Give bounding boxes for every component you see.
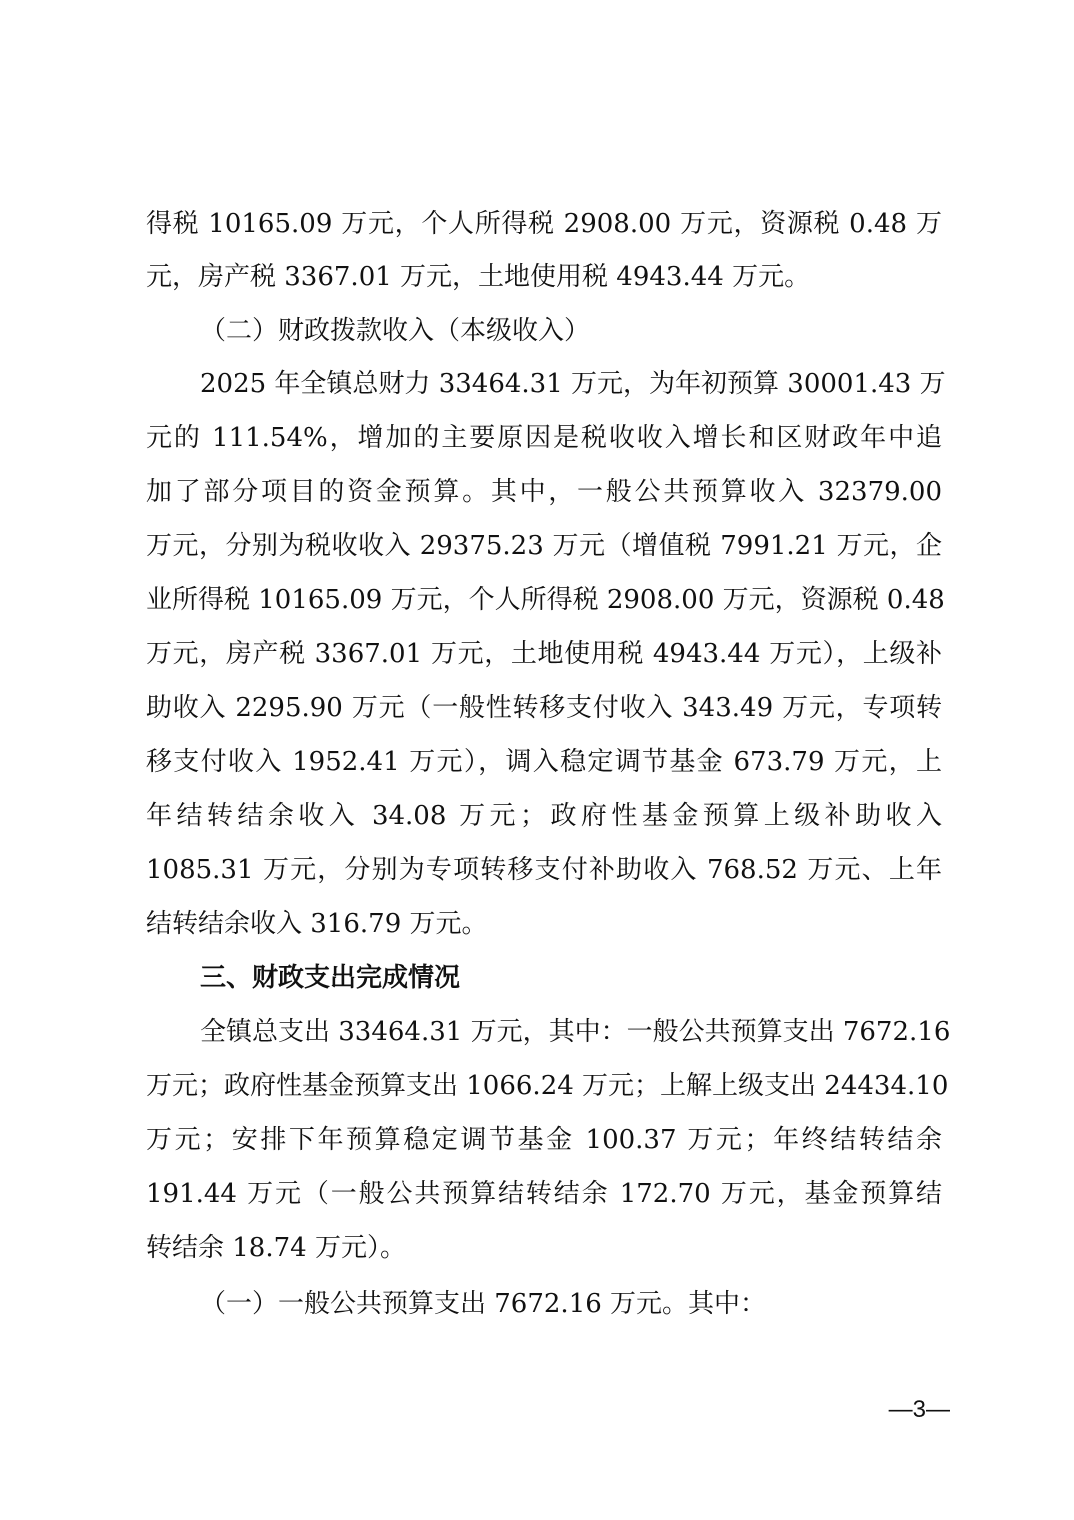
section-subheading: （二）财政拨款收入（本级收入） xyxy=(200,311,942,351)
body-text-line: 万元；政府性基金预算支出 1066.24 万元；上解上级支出 24434.10 xyxy=(146,1066,942,1106)
body-text-line: 转结余 18.74 万元）。 xyxy=(146,1228,942,1268)
paragraph-first-line: 全镇总支出 33464.31 万元，其中：一般公共预算支出 7672.16 xyxy=(200,1012,942,1052)
body-text-line: 万元，房产税 3367.01 万元，土地使用税 4943.44 万元），上级补 xyxy=(146,634,942,674)
body-text-line: 元的 111.54%，增加的主要原因是税收收入增长和区财政年中追 xyxy=(146,418,942,458)
paragraph-first-line: 2025 年全镇总财力 33464.31 万元，为年初预算 30001.43 万 xyxy=(200,364,942,404)
section-subheading: （一）一般公共预算支出 7672.16 万元。其中： xyxy=(200,1284,942,1324)
body-text-line: 业所得税 10165.09 万元，个人所得税 2908.00 万元，资源税 0.… xyxy=(146,580,942,620)
body-text-line: 移支付收入 1952.41 万元），调入稳定调节基金 673.79 万元，上 xyxy=(146,742,942,782)
body-text-line: 万元；安排下年预算稳定调节基金 100.37 万元；年终结转结余 xyxy=(146,1120,942,1160)
body-text-line: 1085.31 万元，分别为专项转移支付补助收入 768.52 万元、上年 xyxy=(146,850,942,890)
body-text-line: 助收入 2295.90 万元（一般性转移支付收入 343.49 万元，专项转 xyxy=(146,688,942,728)
body-text-line: 结转结余收入 316.79 万元。 xyxy=(146,904,942,944)
body-text-line: 年结转结余收入 34.08 万元；政府性基金预算上级补助收入 xyxy=(146,796,942,836)
body-text-line: 元，房产税 3367.01 万元，土地使用税 4943.44 万元。 xyxy=(146,257,942,297)
body-text-line: 万元，分别为税收收入 29375.23 万元（增值税 7991.21 万元，企 xyxy=(146,526,942,566)
body-text-line: 加了部分项目的资金预算。其中，一般公共预算收入 32379.00 xyxy=(146,472,942,512)
page-number: —3— xyxy=(860,1390,950,1430)
body-text-line: 得税 10165.09 万元，个人所得税 2908.00 万元，资源税 0.48… xyxy=(146,204,942,244)
body-text-line: 191.44 万元（一般公共预算结转结余 172.70 万元，基金预算结 xyxy=(146,1174,942,1214)
document-page: 得税 10165.09 万元，个人所得税 2908.00 万元，资源税 0.48… xyxy=(0,0,1074,1520)
section-heading: 三、财政支出完成情况 xyxy=(200,958,942,998)
